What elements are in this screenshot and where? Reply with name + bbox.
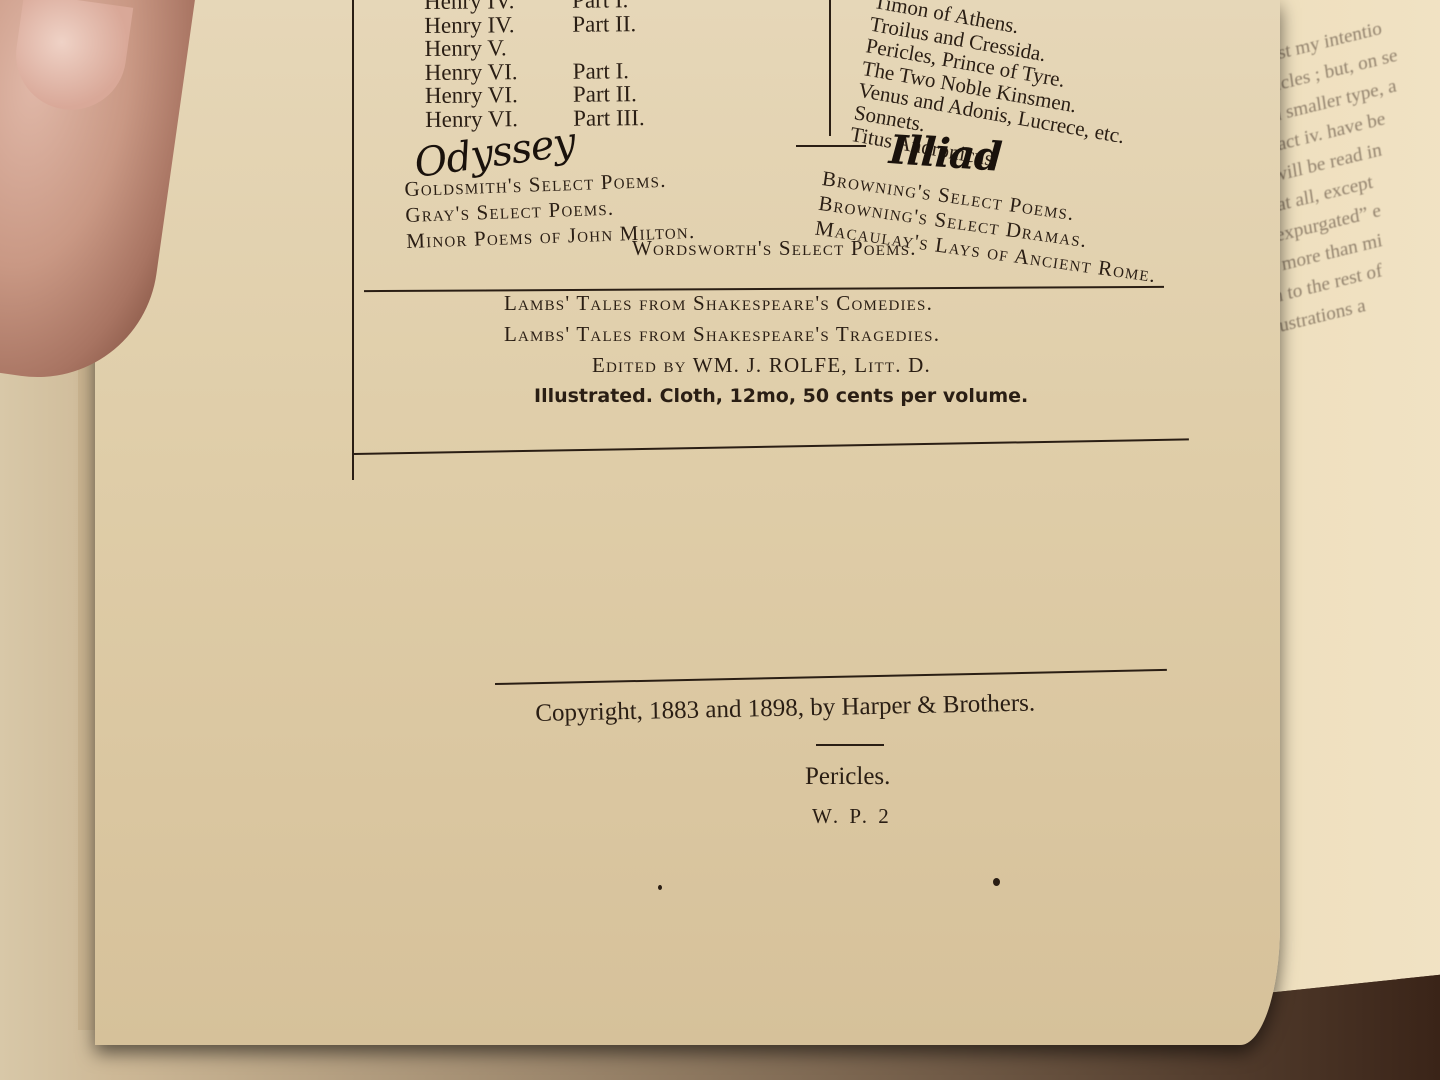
wordsworth-poems: Wordsworth's Select Poems.: [632, 236, 917, 261]
book-title: Pericles.: [805, 763, 890, 791]
book-photo: It was at first my intentio part of Peri…: [0, 0, 1440, 1080]
list-item: Henry V.: [424, 35, 644, 60]
list-item: Henry IV.Part II.: [424, 12, 644, 37]
book-page: Henry IV.Part I. Henry IV.Part II. Henry…: [95, 0, 1280, 1045]
box-bottom-rule: [354, 438, 1189, 455]
paper-speck: [993, 878, 1000, 886]
imprint-rule: [495, 669, 1167, 685]
lambs-tragedies: Lambs' Tales from Shakespeare's Tragedie…: [504, 319, 1124, 350]
paper-speck: [658, 885, 662, 890]
short-rule: [816, 744, 884, 746]
editor-line: Edited by WM. J. ROLFE, Litt. D.: [504, 350, 1124, 381]
printer-code: W. P. 2: [812, 804, 892, 829]
publisher-advert-box: Henry IV.Part I. Henry IV.Part II. Henry…: [352, 0, 1174, 480]
list-item: Henry VI.Part I.: [425, 59, 645, 84]
lambs-comedies: Lambs' Tales from Shakespeare's Comedies…: [504, 288, 1124, 319]
lambs-tales-block: Lambs' Tales from Shakespeare's Comedies…: [504, 288, 1124, 412]
shakespeare-list-left: Henry IV.Part I. Henry IV.Part II. Henry…: [424, 0, 645, 131]
copyright-line: Copyright, 1883 and 1898, by Harper & Br…: [535, 690, 1035, 728]
list-item: Henry VI.Part II.: [425, 82, 645, 107]
column-divider: [829, 0, 831, 136]
short-rule: [796, 145, 866, 147]
price-line: Illustrated. Cloth, 12mo, 50 cents per v…: [504, 381, 1124, 412]
handwritten-iliad: Illiad: [887, 126, 1002, 181]
thumbnail: [9, 0, 133, 117]
